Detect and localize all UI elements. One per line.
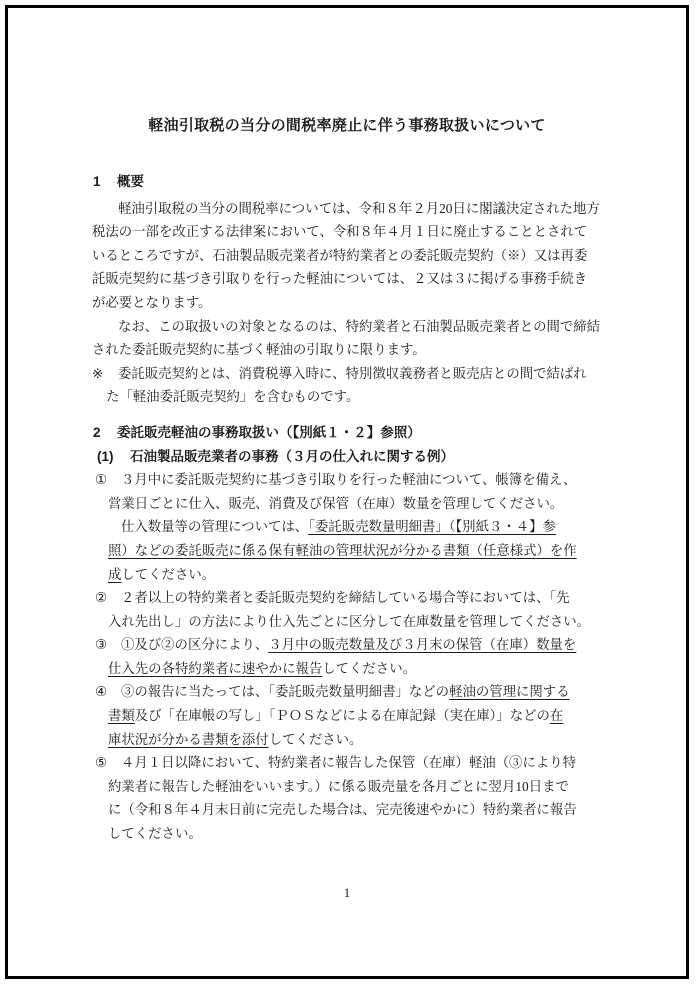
overview-paragraph-1: 軽油引取税の当分の間税率については、令和８年２月20日に閣議決定された地方税法の… (92, 197, 602, 315)
subsection-1-heading: (1) 石油製品販売業者の事務（３月の仕入れに関する例） (97, 445, 602, 469)
list-item-1: ① ３月中に委託販売契約に基づき引取りを行った軽油について、帳簿を備え、営業日ご… (95, 468, 602, 586)
list-item-5: ⑤ ４月１日以降において、特約業者に報告した保管（在庫）軽油（③により特約業者に… (95, 751, 602, 845)
item-2-text: ２者以上の特約業者と委託販売契約を締結している場合等においては、「先入れ先出し」… (108, 586, 602, 633)
overview-paragraph-2: なお、この取扱いの対象となるのは、特約業者と石油製品販売業者との間で締結された委… (92, 315, 602, 362)
item-5-text: ４月１日以降において、特約業者に報告した保管（在庫）軽油（③により特約業者に報告… (108, 751, 602, 845)
item-1-text: ３月中に委託販売契約に基づき引取りを行った軽油について、帳簿を備え、営業日ごとに… (108, 468, 602, 515)
section-2-title: 委託販売軽油の事務取扱い（【別紙１・２】参照） (117, 421, 421, 445)
section-2-heading: 2 委託販売軽油の事務取扱い（【別紙１・２】参照） (92, 421, 602, 445)
note-block: ※ 委託販売契約とは、消費税導入時に、特別徴収義務者と販売店との間で結ばれた「軽… (92, 362, 602, 409)
item-4-marker: ④ (95, 680, 107, 704)
document-title: 軽油引取税の当分の間税率廃止に伴う事務取扱いについて (92, 114, 602, 137)
item-2-marker: ② (95, 586, 107, 610)
section-2-number: 2 (92, 421, 117, 445)
list-item-3: ③ ①及び②の区分により、３月中の販売数量及び３月末の保管（在庫）数量を仕入先の… (95, 633, 602, 680)
note-marker: ※ (92, 362, 103, 386)
section-1-title: 概要 (117, 170, 144, 194)
item-1-subtext: 仕入数量等の管理については、「委託販売数量明細書」（【別紙３・４】参照）などの委… (108, 515, 602, 586)
list-item-2: ② ２者以上の特約業者と委託販売契約を締結している場合等においては、「先入れ先出… (95, 586, 602, 633)
section-1-number: 1 (92, 170, 117, 194)
item-1-marker: ① (95, 468, 107, 492)
section-1-heading: 1 概要 (92, 170, 602, 194)
item-5-marker: ⑤ (95, 751, 107, 775)
document-content: 軽油引取税の当分の間税率廃止に伴う事務取扱いについて 1 概要 軽油引取税の当分… (92, 114, 602, 904)
note-text: 委託販売契約とは、消費税導入時に、特別徴収義務者と販売店との間で結ばれた「軽油委… (106, 362, 602, 409)
subsection-1-title: 石油製品販売業者の事務（３月の仕入れに関する例） (130, 445, 454, 469)
list-item-4: ④ ③の報告に当たっては、「委託販売数量明細書」などの軽油の管理に関する書類及び… (95, 680, 602, 751)
item-3-text: ①及び②の区分により、３月中の販売数量及び３月末の保管（在庫）数量を仕入先の各特… (108, 633, 602, 680)
page-border: 軽油引取税の当分の間税率廃止に伴う事務取扱いについて 1 概要 軽油引取税の当分… (5, 5, 689, 979)
item-4-text: ③の報告に当たっては、「委託販売数量明細書」などの軽油の管理に関する書類及び「在… (108, 680, 602, 751)
page-number: 1 (92, 881, 602, 905)
subsection-1-number: (1) (97, 445, 130, 469)
item-3-marker: ③ (95, 633, 107, 657)
